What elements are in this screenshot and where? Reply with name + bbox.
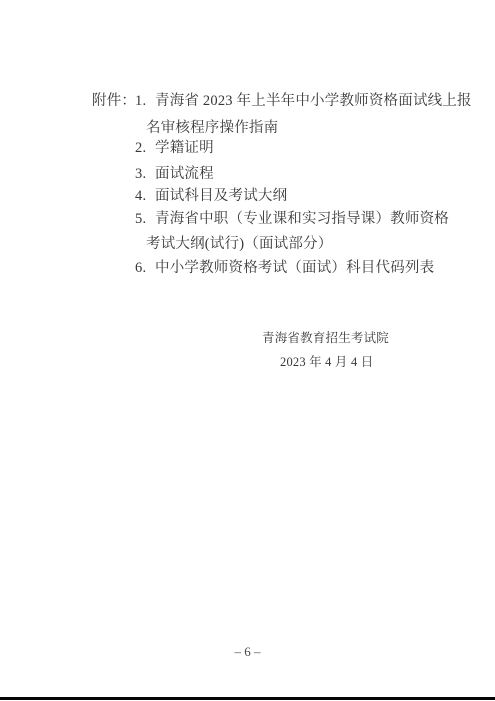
attachment-item-5-line-2: 考试大纲(试行)（面试部分） (146, 236, 332, 253)
item-5-text-continued: 考试大纲(试行)（面试部分） (146, 236, 332, 252)
item-6-text: 中小学教师资格考试（面试）科目代码列表 (155, 260, 434, 276)
attachment-item-1-line-1: 附件：1.青海省 2023 年上半年中小学教师资格面试线上报 (92, 93, 472, 110)
item-4-text: 面试科目及考试大纲 (155, 188, 287, 204)
attachment-label: 附件： (92, 93, 135, 110)
item-1-text: 青海省 2023 年上半年中小学教师资格面试线上报 (155, 93, 472, 109)
item-5-text: 青海省中职（专业课和实习指导课）教师资格 (155, 211, 449, 227)
item-5-number: 5. (135, 211, 155, 228)
attachment-item-3: 3.面试流程 (135, 166, 214, 183)
item-3-number: 3. (135, 166, 155, 183)
scan-edge-bar (0, 697, 495, 700)
item-1-text-continued: 名审核程序操作指南 (146, 120, 278, 136)
attachment-item-4: 4.面试科目及考试大纲 (135, 188, 287, 205)
signature-date: 2023 年 4 月 4 日 (280, 355, 373, 370)
item-6-number: 6. (135, 260, 155, 277)
item-1-number: 1. (135, 93, 155, 110)
item-3-text: 面试流程 (155, 166, 214, 182)
item-4-number: 4. (135, 188, 155, 205)
attachment-item-6: 6.中小学教师资格考试（面试）科目代码列表 (135, 260, 434, 277)
item-2-text: 学籍证明 (155, 140, 214, 156)
item-2-number: 2. (135, 140, 155, 157)
attachment-item-2: 2.学籍证明 (135, 140, 214, 157)
page-number: – 6 – (0, 644, 495, 659)
attachment-item-5-line-1: 5.青海省中职（专业课和实习指导课）教师资格 (135, 211, 449, 228)
document-page: 附件：1.青海省 2023 年上半年中小学教师资格面试线上报 名审核程序操作指南… (0, 0, 495, 701)
attachment-item-1-line-2: 名审核程序操作指南 (146, 120, 278, 137)
signature-organization: 青海省教育招生考试院 (262, 331, 389, 346)
